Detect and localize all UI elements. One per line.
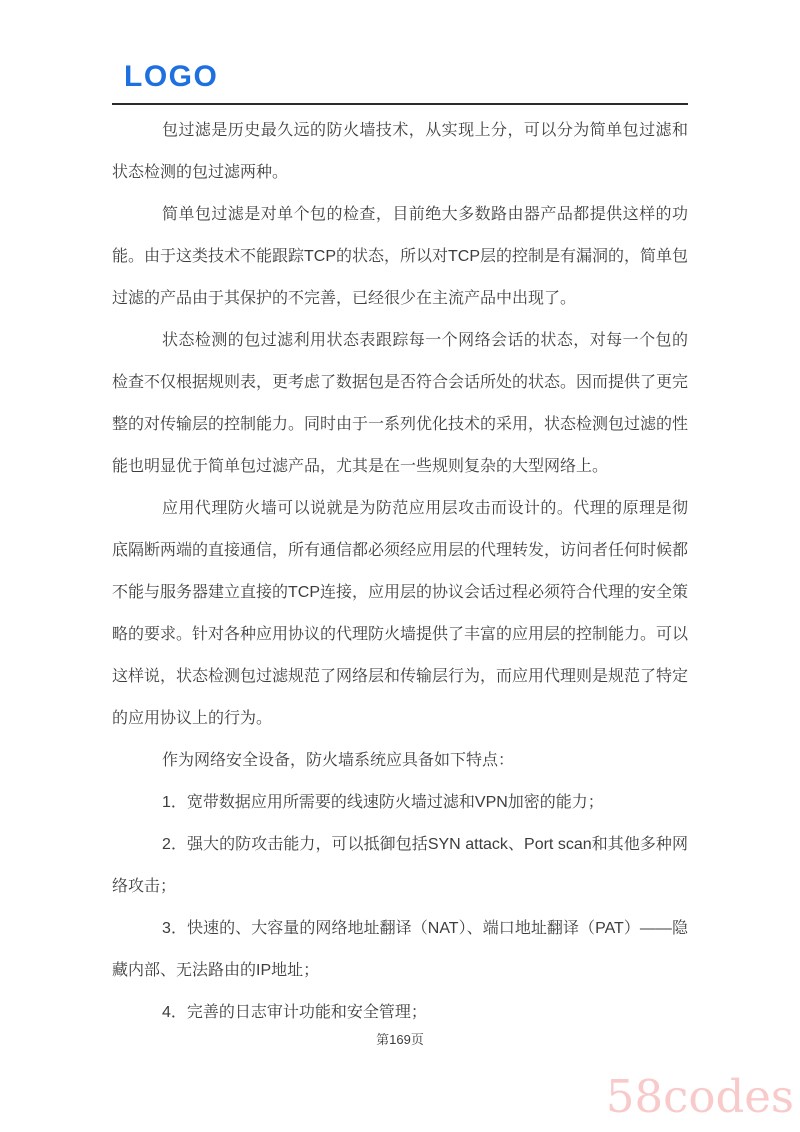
paragraph: 2．强大的防攻击能力，可以抵御包括SYN attack、Port scan和其他… [112, 824, 688, 908]
paragraph: 简单包过滤是对单个包的检查，目前绝大多数路由器产品都提供这样的功能。由于这类技术… [112, 194, 688, 320]
paragraph: 包过滤是历史最久远的防火墙技术，从实现上分，可以分为简单包过滤和状态检测的包过滤… [112, 110, 688, 194]
document-page: LOGO 包过滤是历史最久远的防火墙技术，从实现上分，可以分为简单包过滤和状态检… [0, 0, 800, 1132]
paragraph: 应用代理防火墙可以说就是为防范应用层攻击而设计的。代理的原理是彻底隔断两端的直接… [112, 488, 688, 740]
watermark: 58codes [606, 1072, 794, 1122]
logo: LOGO [124, 60, 218, 94]
page-number: 第169页 [0, 1029, 800, 1048]
document-body: 包过滤是历史最久远的防火墙技术，从实现上分，可以分为简单包过滤和状态检测的包过滤… [112, 110, 688, 1034]
paragraph: 3．快速的、大容量的网络地址翻译（NAT）、端口地址翻译（PAT）——隐藏内部、… [112, 908, 688, 992]
paragraph: 作为网络安全设备，防火墙系统应具备如下特点： [112, 740, 688, 782]
paragraph: 1．宽带数据应用所需要的线速防火墙过滤和VPN加密的能力； [112, 782, 688, 824]
header-divider [112, 103, 688, 105]
paragraph: 4．完善的日志审计功能和安全管理； [112, 992, 688, 1034]
paragraph: 状态检测的包过滤利用状态表跟踪每一个网络会话的状态，对每一个包的检查不仅根据规则… [112, 320, 688, 488]
